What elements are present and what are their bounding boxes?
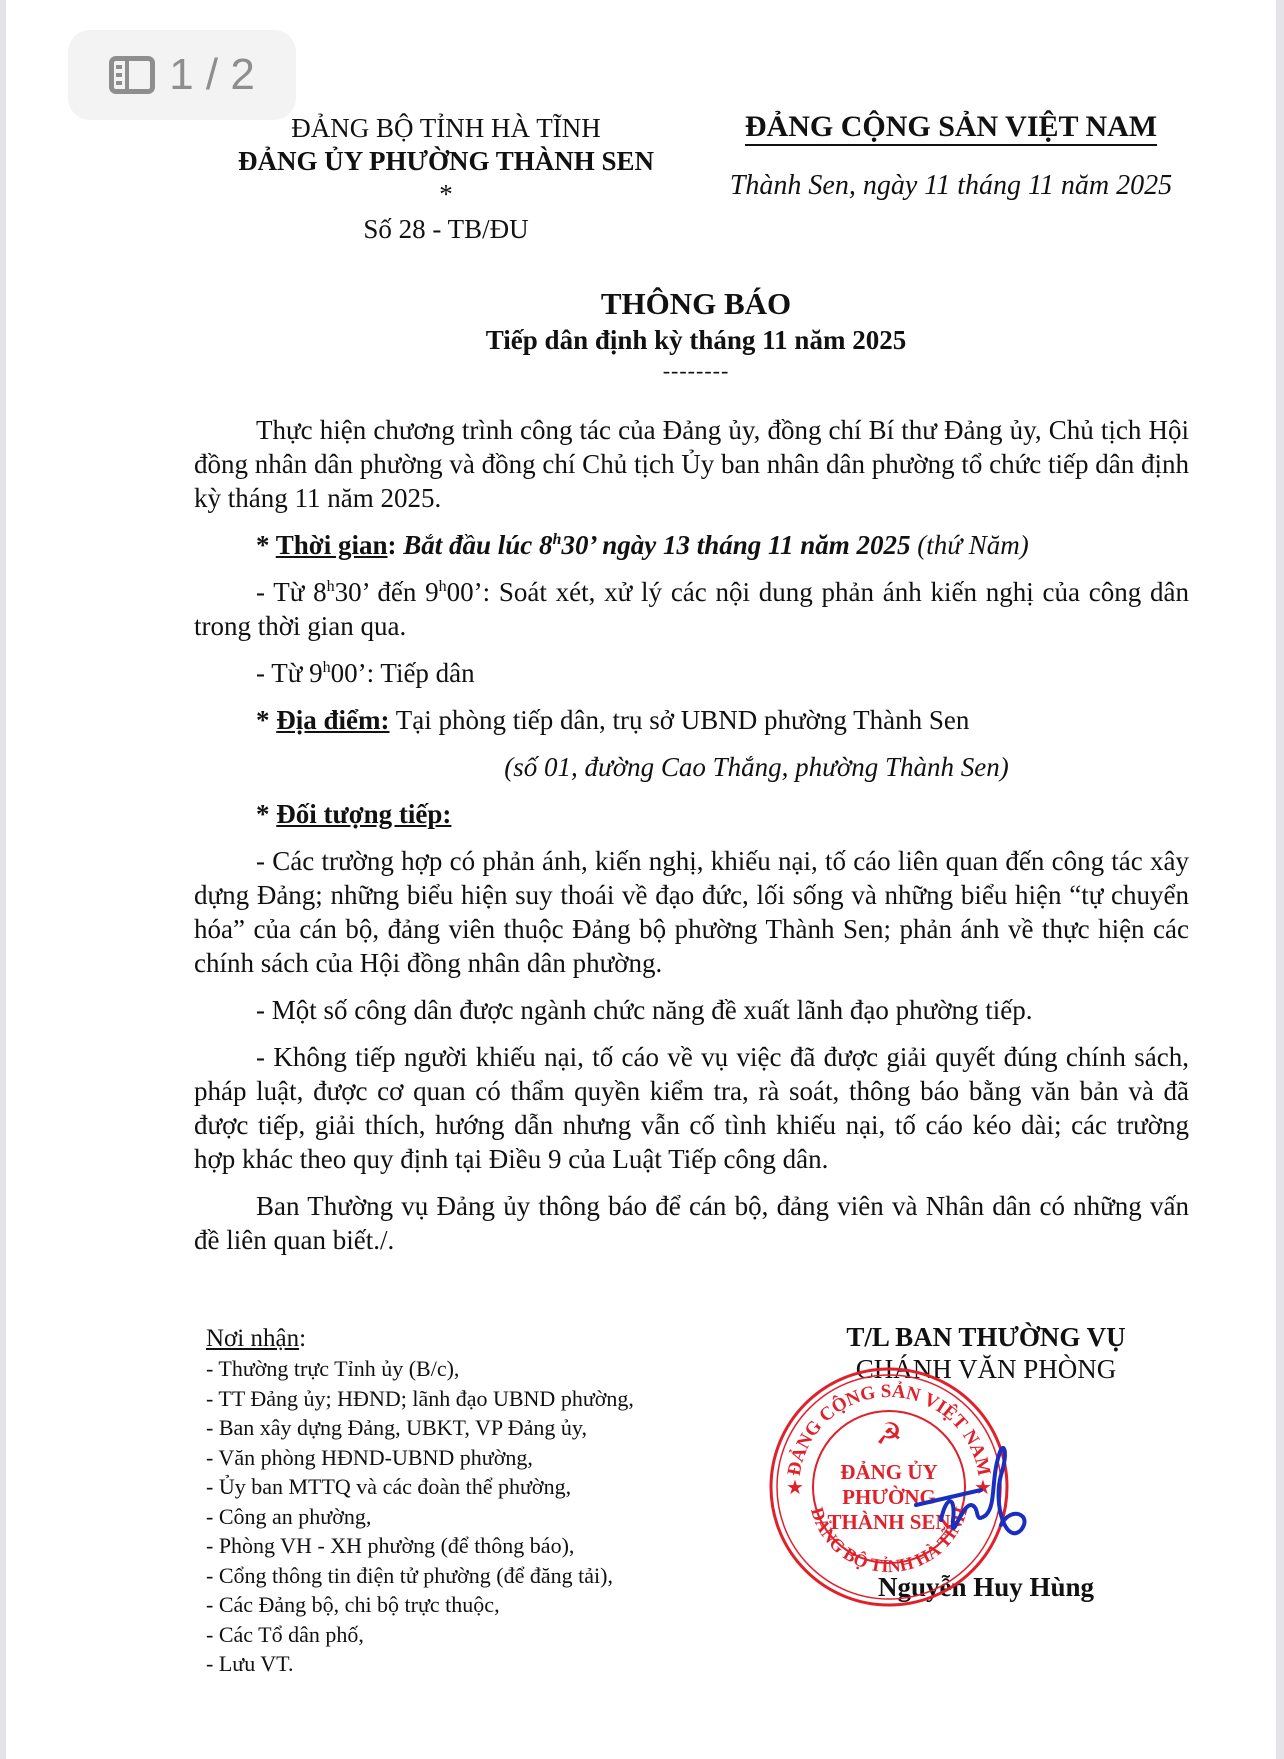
audience-label: Đối tượng tiếp:: [276, 799, 451, 829]
recipients-heading-text: Nơi nhận: [206, 1325, 299, 1352]
issuer-committee: ĐẢNG ỦY PHƯỜNG THÀNH SEN: [196, 145, 696, 178]
handwritten-signature-icon: [911, 1435, 1041, 1565]
document-number: Số 28 - TB/ĐU: [196, 213, 696, 246]
recipient-item: - Các Tổ dân phố,: [206, 1620, 634, 1650]
schedule-sup: h: [327, 578, 335, 595]
pdf-page: 1 / 2 ĐẢNG BỘ TỈNH HÀ TĨNH ĐẢNG ỦY PHƯỜN…: [6, 0, 1276, 1759]
svg-text:☭: ☭: [876, 1418, 903, 1451]
time-label: Thời gian: [276, 530, 388, 560]
recipient-item: - Thường trực Tỉnh ủy (B/c),: [206, 1354, 634, 1384]
audience-item: - Không tiếp người khiếu nại, tố cáo về …: [194, 1040, 1189, 1176]
time-value-a: Bắt đầu lúc 8: [403, 530, 552, 560]
sidebar-thumbnails-icon[interactable]: [109, 56, 155, 94]
location-value: Tại phòng tiếp dân, trụ sở UBND phường T…: [396, 705, 970, 735]
schedule-text: - Từ 8: [256, 577, 327, 607]
audience-item: - Một số công dân được ngành chức năng đ…: [194, 993, 1189, 1027]
time-paragraph: * Thời gian: Bắt đầu lúc 8h30’ ngày 13 t…: [194, 528, 1189, 562]
recipient-item: - Văn phòng HĐND-UBND phường,: [206, 1443, 634, 1473]
schedule-text: 30’ đến 9: [335, 577, 439, 607]
intro-paragraph: Thực hiện chương trình công tác của Đảng…: [194, 413, 1189, 515]
schedule-text: 00’: Tiếp dân: [331, 658, 475, 688]
recipient-item: - Công an phường,: [206, 1502, 634, 1532]
recipient-item: - Phòng VH - XH phường (để thông báo),: [206, 1531, 634, 1561]
national-title: ĐẢNG CỘNG SẢN VIỆT NAM: [745, 110, 1157, 146]
schedule-item: - Từ 9h00’: Tiếp dân: [194, 656, 1189, 690]
recipients-heading: Nơi nhận:: [206, 1324, 634, 1354]
recipient-item: - Cổng thông tin điện tử phường (để đăng…: [206, 1561, 634, 1591]
recipient-item: - Ban xây dựng Đảng, UBKT, VP Đảng ủy,: [206, 1413, 634, 1443]
weekday: (thứ Năm): [917, 530, 1028, 560]
document-subtitle: Tiếp dân định kỳ tháng 11 năm 2025: [196, 325, 1196, 356]
place-date: Thành Sen, ngày 11 tháng 11 năm 2025: [706, 170, 1196, 202]
location-label: Địa điểm:: [276, 705, 389, 735]
viewer-edge: [1276, 0, 1284, 1759]
schedule-text: - Từ 9: [256, 658, 323, 688]
audience-item: - Các trường hợp có phản ánh, kiến nghị,…: [194, 844, 1189, 980]
recipient-item: - Các Đảng bộ, chi bộ trực thuộc,: [206, 1590, 634, 1620]
audience-heading: * Đối tượng tiếp:: [194, 797, 1189, 831]
schedule-sup: h: [439, 578, 447, 595]
national-block: ĐẢNG CỘNG SẢN VIỆT NAM Thành Sen, ngày 1…: [706, 110, 1196, 202]
document-body: Thực hiện chương trình công tác của Đảng…: [194, 413, 1189, 1270]
signer-authority: T/L BAN THƯỜNG VỤ: [766, 1320, 1206, 1354]
schedule-sup: h: [323, 659, 331, 676]
location-address: (số 01, đường Cao Thắng, phường Thành Se…: [194, 750, 1189, 784]
issuer-province: ĐẢNG BỘ TỈNH HÀ TĨNH: [196, 112, 696, 145]
recipients-block: Nơi nhận: - Thường trực Tỉnh ủy (B/c), -…: [206, 1324, 634, 1679]
page-indicator-text: 1 / 2: [169, 50, 255, 100]
document-title: THÔNG BÁO: [196, 286, 1196, 322]
issuer-block: ĐẢNG BỘ TỈNH HÀ TĨNH ĐẢNG ỦY PHƯỜNG THÀN…: [196, 112, 696, 246]
closing-paragraph: Ban Thường vụ Đảng ủy thông báo để cán b…: [194, 1189, 1189, 1257]
svg-text:★: ★: [786, 1477, 804, 1499]
recipient-item: - Lưu VT.: [206, 1649, 634, 1679]
schedule-item: - Từ 8h30’ đến 9h00’: Soát xét, xử lý cá…: [194, 575, 1189, 643]
issuer-star: *: [196, 178, 696, 211]
recipient-item: - TT Đảng ủy; HĐND; lãnh đạo UBND phường…: [206, 1384, 634, 1414]
location-paragraph: * Địa điểm: Tại phòng tiếp dân, trụ sở U…: [194, 703, 1189, 737]
time-value-b: 30’ ngày 13 tháng 11 năm 2025: [561, 530, 910, 560]
page-indicator[interactable]: 1 / 2: [68, 30, 296, 120]
title-divider: --------: [196, 358, 1196, 384]
recipient-item: - Ủy ban MTTQ và các đoàn thể phường,: [206, 1472, 634, 1502]
